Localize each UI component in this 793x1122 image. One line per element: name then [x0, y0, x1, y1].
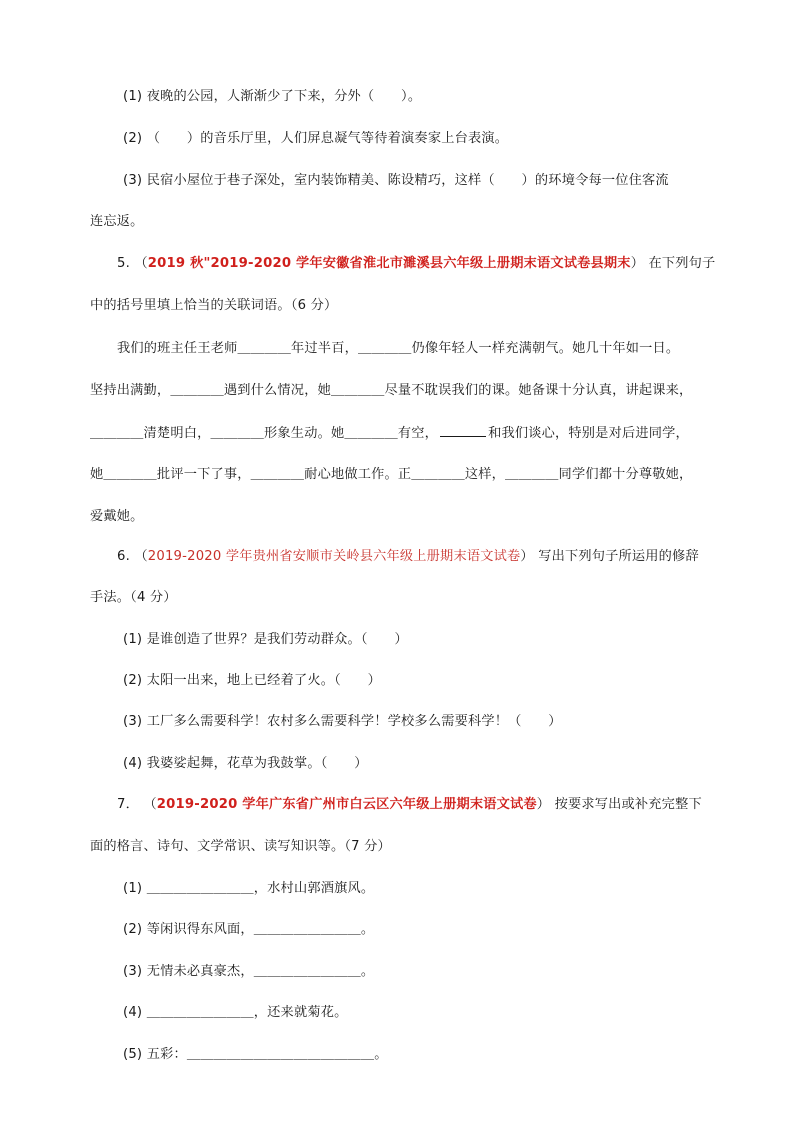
q4-item-1: (1) 夜晚的公园，人渐渐少了下来，分外（ ）。 — [123, 88, 421, 106]
q7-header: 7． （2019-2020 学年广东省广州市白云区六年级上册期末语文试卷） 按要… — [117, 796, 702, 814]
q5-passage-line-4: 她＿＿＿＿批评一下了事，＿＿＿＿耐心地做工作。正＿＿＿＿这样，＿＿＿＿同学们都十… — [90, 466, 692, 484]
item-number: (3) — [123, 964, 142, 979]
item-text: 是谁创造了世界？是我们劳动群众。（ ） — [147, 632, 408, 647]
q6-item-3: (3) 工厂多么需要科学！农村多么需要科学！学校多么需要科学！（ ） — [123, 713, 562, 731]
item-text: 我婆娑起舞，花草为我鼓掌。（ ） — [147, 756, 368, 771]
answer-blank[interactable] — [440, 424, 486, 437]
question-number: 6. — [117, 549, 130, 564]
question-prompt: 按要求写出或补充完整下 — [555, 797, 702, 812]
item-text: 民宿小屋位于巷子深处，室内装饰精美、陈设精巧，这样（ ）的环境令每一位住客流 — [147, 173, 669, 188]
item-text: 工厂多么需要科学！农村多么需要科学！学校多么需要科学！（ ） — [147, 714, 562, 729]
q5-header: 5. （2019 秋"2019-2020 学年安徽省淮北市濉溪县六年级上册期末语… — [117, 255, 715, 273]
item-number: (2) — [123, 673, 142, 688]
item-number: (4) — [123, 1005, 142, 1020]
question-source: 2019 秋"2019-2020 学年安徽省淮北市濉溪县六年级上册期末语文试卷县… — [148, 256, 631, 271]
q5-passage-line-5: 爱戴她。 — [90, 508, 144, 526]
passage-text: 和我们谈心，特别是对后进同学， — [488, 426, 689, 441]
q5-passage-line-3: ＿＿＿＿清楚明白，＿＿＿＿形象生动。她＿＿＿＿有空，和我们谈心，特别是对后进同学… — [90, 424, 689, 443]
question-source: 2019-2020 学年贵州省安顺市关岭县六年级上册期末语文试卷 — [148, 549, 521, 564]
q6-item-4: (4) 我婆娑起舞，花草为我鼓掌。（ ） — [123, 755, 368, 773]
q5-passage-line-1: 我们的班主任王老师＿＿＿＿年过半百，＿＿＿＿仍像年轻人一样充满朝气。她几十年如一… — [117, 340, 679, 358]
question-prompt: 在下列句子 — [649, 256, 716, 271]
item-text: （ ）的音乐厅里，人们屏息凝气等待着演奏家上台表演。 — [147, 131, 508, 146]
q7-prompt-continued: 面的格言、诗句、文学常识、读写知识等。（7 分） — [90, 838, 391, 856]
item-number: (1) — [123, 881, 142, 896]
q6-prompt-continued: 手法。（4 分） — [90, 589, 177, 607]
question-number: 5. — [117, 256, 130, 271]
q4-item-3-continued: 连忘返。 — [90, 213, 144, 231]
item-number: (3) — [123, 714, 142, 729]
q7-item-2: (2) 等闲识得东风面，＿＿＿＿＿＿＿＿。 — [123, 921, 374, 939]
item-text: ＿＿＿＿＿＿＿＿，水村山郭酒旗风。 — [147, 881, 375, 896]
item-number: (2) — [123, 131, 142, 146]
question-number: 7． — [117, 797, 139, 812]
q7-item-3: (3) 无情未必真豪杰，＿＿＿＿＿＿＿＿。 — [123, 963, 374, 981]
q6-header: 6. （2019-2020 学年贵州省安顺市关岭县六年级上册期末语文试卷） 写出… — [117, 548, 699, 566]
item-text: 五彩：＿＿＿＿＿＿＿＿＿＿＿＿＿＿。 — [147, 1047, 388, 1062]
q4-item-3: (3) 民宿小屋位于巷子深处，室内装饰精美、陈设精巧，这样（ ）的环境令每一位住… — [123, 172, 669, 190]
q5-prompt-continued: 中的括号里填上恰当的关联词语。（6 分） — [90, 297, 337, 315]
q5-passage-line-2: 坚持出满勤，＿＿＿＿遇到什么情况，她＿＿＿＿尽量不耽误我们的课。她备课十分认真，… — [90, 382, 692, 400]
question-prompt: 写出下列句子所运用的修辞 — [538, 549, 699, 564]
item-number: (2) — [123, 922, 142, 937]
item-text: 等闲识得东风面，＿＿＿＿＿＿＿＿。 — [147, 922, 375, 937]
q6-item-2: (2) 太阳一出来，地上已经着了火。（ ） — [123, 672, 381, 690]
q4-item-2: (2) （ ）的音乐厅里，人们屏息凝气等待着演奏家上台表演。 — [123, 130, 508, 148]
item-number: (1) — [123, 632, 142, 647]
item-number: (1) — [123, 89, 142, 104]
q7-item-5: (5) 五彩：＿＿＿＿＿＿＿＿＿＿＿＿＿＿。 — [123, 1046, 388, 1064]
q6-item-1: (1) 是谁创造了世界？是我们劳动群众。（ ） — [123, 631, 408, 649]
item-text: 太阳一出来，地上已经着了火。（ ） — [147, 673, 381, 688]
exam-page: (1) 夜晚的公园，人渐渐少了下来，分外（ ）。 (2) （ ）的音乐厅里，人们… — [0, 0, 793, 1122]
item-number: (5) — [123, 1047, 142, 1062]
passage-text: ＿＿＿＿清楚明白，＿＿＿＿形象生动。她＿＿＿＿有空， — [90, 426, 438, 441]
item-number: (4) — [123, 756, 142, 771]
item-text: 夜晚的公园，人渐渐少了下来，分外（ ）。 — [147, 89, 422, 104]
q7-item-4: (4) ＿＿＿＿＿＿＿＿，还来就菊花。 — [123, 1004, 348, 1022]
item-text: 无情未必真豪杰，＿＿＿＿＿＿＿＿。 — [147, 964, 375, 979]
item-number: (3) — [123, 173, 142, 188]
item-text: ＿＿＿＿＿＿＿＿，还来就菊花。 — [147, 1005, 348, 1020]
q7-item-1: (1) ＿＿＿＿＿＿＿＿，水村山郭酒旗风。 — [123, 880, 374, 898]
question-source: 2019-2020 学年广东省广州市白云区六年级上册期末语文试卷 — [157, 797, 537, 812]
